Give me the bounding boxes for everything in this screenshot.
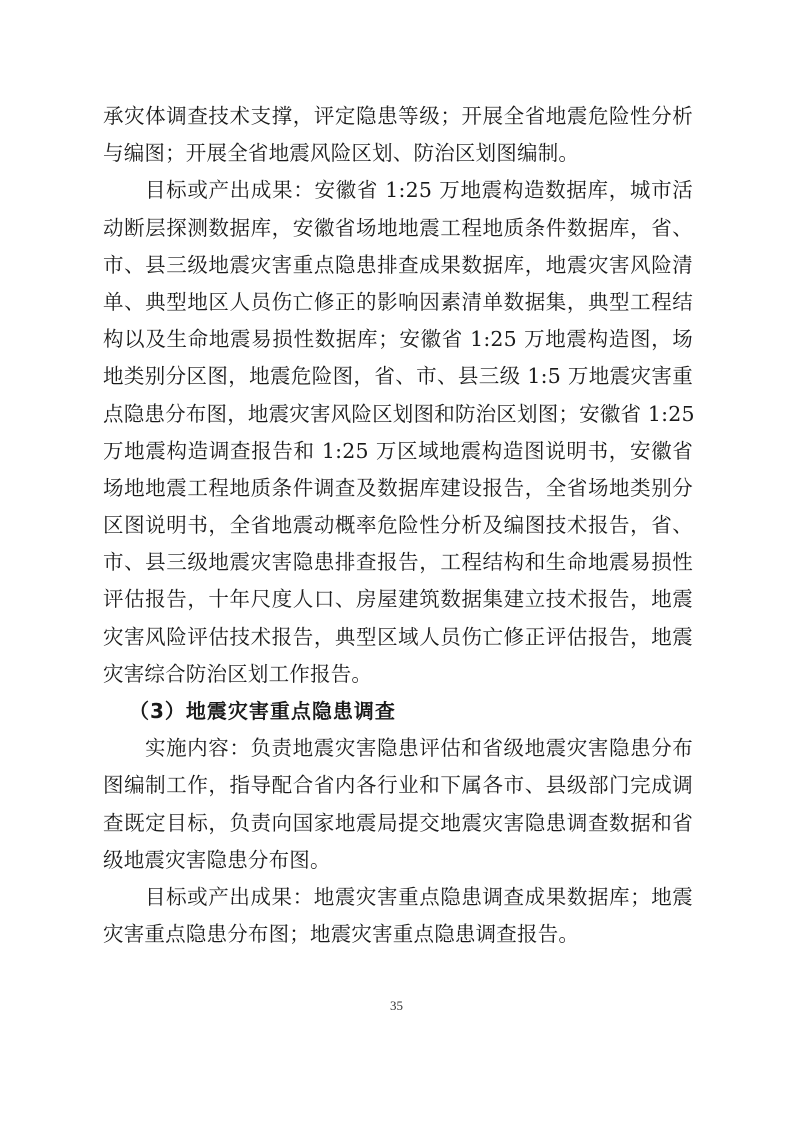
text-line: 点隐患分布图，地震灾害风险区划图和防治区划图；安徽省 1:25 — [103, 396, 693, 433]
text-line: 实施内容：负责地震灾害隐患评估和省级地震灾害隐患分布 — [103, 730, 693, 767]
paragraph-hazard-outputs: 目标或产出成果：地震灾害重点隐患调查成果数据库；地震 灾害重点隐患分布图；地震灾… — [103, 879, 693, 953]
text-line: 场地地震工程地质条件调查及数据库建设报告，全省场地类别分 — [103, 470, 693, 507]
text-line: 目标或产出成果：地震灾害重点隐患调查成果数据库；地震 — [103, 879, 693, 916]
text-line: 查既定目标，负责向国家地震局提交地震灾害隐患调查数据和省 — [103, 805, 693, 842]
text-line: 动断层探测数据库，安徽省场地地震工程地质条件数据库，省、 — [103, 210, 693, 247]
text-line: 地类别分区图，地震危险图，省、市、县三级 1:5 万地震灾害重 — [103, 358, 693, 395]
text-line: 目标或产出成果：安徽省 1:25 万地震构造数据库，城市活 — [103, 172, 693, 209]
text-line: 与编图；开展全省地震风险区划、防治区划图编制。 — [103, 135, 693, 172]
paragraph-outputs: 目标或产出成果：安徽省 1:25 万地震构造数据库，城市活 动断层探测数据库，安… — [103, 172, 693, 693]
text-line: 灾害风险评估技术报告，典型区域人员伤亡修正评估报告，地震 — [103, 619, 693, 656]
section-heading: （3）地震灾害重点隐患调查 — [103, 693, 693, 730]
text-line: 承灾体调查技术支撑，评定隐患等级；开展全省地震危险性分析 — [103, 98, 693, 135]
text-line: 图编制工作，指导配合省内各行业和下属各市、县级部门完成调 — [103, 767, 693, 804]
text-line: 构以及生命地震易损性数据库；安徽省 1:25 万地震构造图，场 — [103, 321, 693, 358]
text-line: 级地震灾害隐患分布图。 — [103, 842, 693, 879]
text-line: 评估报告，十年尺度人口、房屋建筑数据集建立技术报告，地震 — [103, 581, 693, 618]
document-page: 承灾体调查技术支撑，评定隐患等级；开展全省地震危险性分析 与编图；开展全省地震风… — [103, 98, 693, 953]
text-line: 万地震构造调查报告和 1:25 万区域地震构造图说明书，安徽省 — [103, 433, 693, 470]
page-number: 35 — [0, 998, 793, 1014]
text-line: 单、典型地区人员伤亡修正的影响因素清单数据集，典型工程结 — [103, 284, 693, 321]
paragraph-continuation: 承灾体调查技术支撑，评定隐患等级；开展全省地震危险性分析 与编图；开展全省地震风… — [103, 98, 693, 172]
text-line: 市、县三级地震灾害隐患排查报告，工程结构和生命地震易损性 — [103, 544, 693, 581]
text-line: 灾害重点隐患分布图；地震灾害重点隐患调查报告。 — [103, 916, 693, 953]
text-line: 市、县三级地震灾害重点隐患排查成果数据库，地震灾害风险清 — [103, 247, 693, 284]
text-line: 区图说明书，全省地震动概率危险性分析及编图技术报告，省、 — [103, 507, 693, 544]
paragraph-implementation: 实施内容：负责地震灾害隐患评估和省级地震灾害隐患分布 图编制工作，指导配合省内各… — [103, 730, 693, 879]
text-line: 灾害综合防治区划工作报告。 — [103, 656, 693, 693]
